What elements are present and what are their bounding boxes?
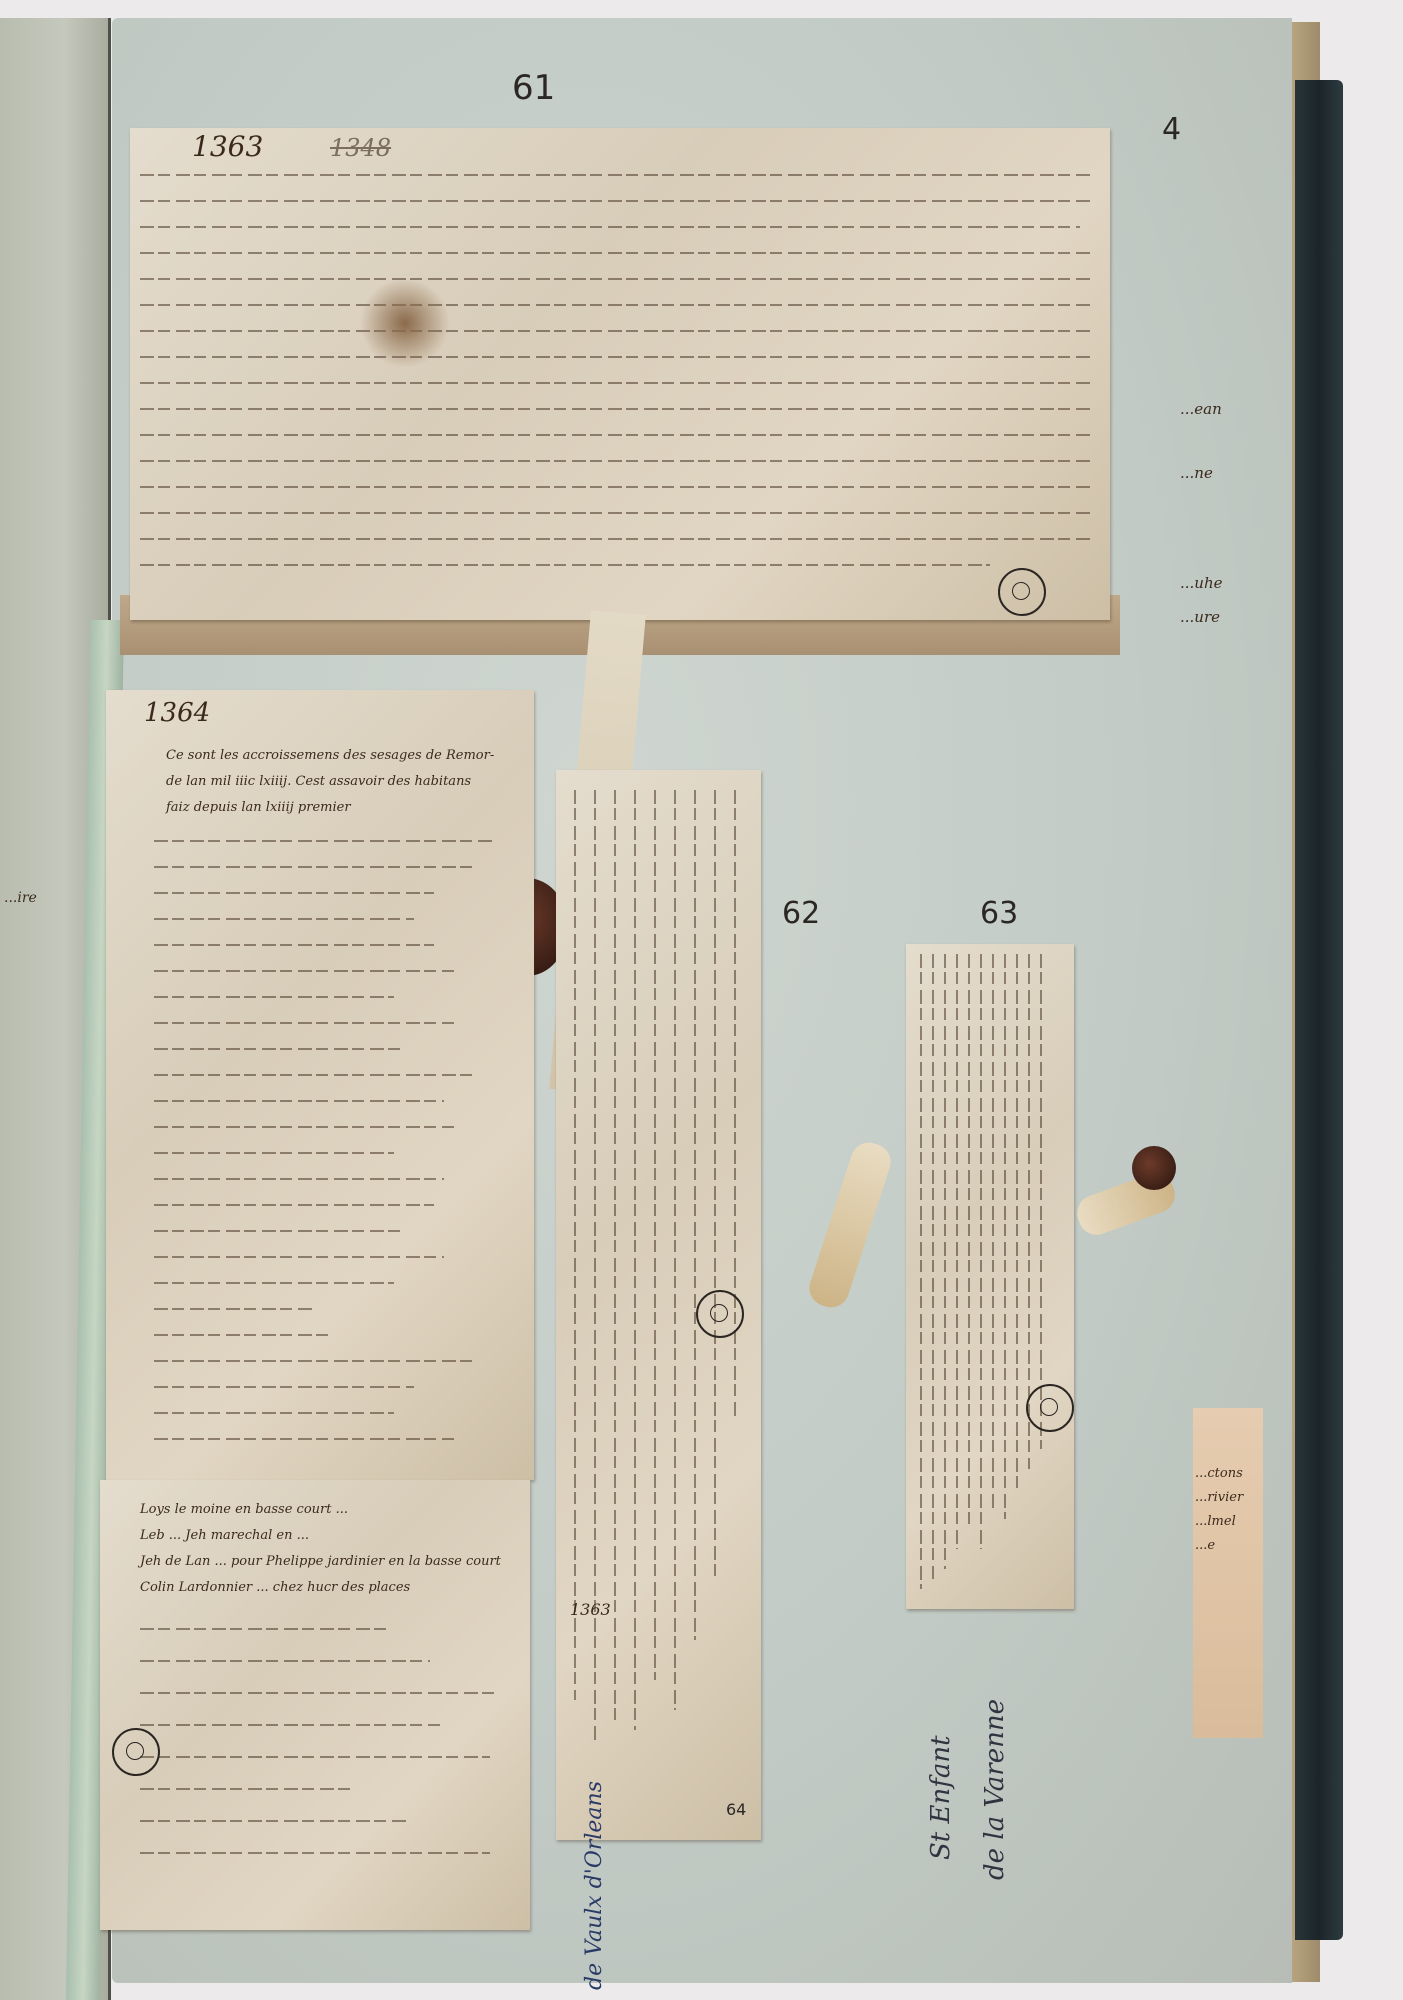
folio-number-64: 64	[726, 1800, 746, 1819]
line-3: Jeh de Lan ... pour Phelippe jardinier e…	[140, 1554, 501, 1569]
margin-text: ...uhe	[1180, 574, 1223, 592]
document-list-continuation: Loys le moine en basse court ... Leb ...…	[100, 1480, 530, 1930]
fragment-line: ...lmel	[1195, 1514, 1236, 1529]
fragment-line: ...rivier	[1195, 1490, 1243, 1505]
margin-text: ...ne	[1180, 464, 1213, 482]
margin-text: ...ean	[1180, 400, 1222, 418]
folio-number-61: 61	[512, 68, 555, 108]
line-1: Loys le moine en basse court ...	[140, 1502, 348, 1517]
margin-text: ...ure	[1180, 608, 1220, 626]
annotation-st-enfant: St Enfant	[926, 1735, 956, 1860]
document-1363: 1363 1348	[130, 128, 1110, 620]
archive-stamp	[112, 1728, 160, 1776]
line-4: Colin Lardonnier ... chez hucr des place…	[140, 1580, 410, 1595]
archive-stamp	[696, 1290, 744, 1338]
year-label: 1363	[192, 130, 263, 163]
left-margin-text: ...ire	[4, 890, 37, 906]
stain	[360, 278, 450, 368]
line-2: Leb ... Jeh marechal en ...	[140, 1528, 309, 1543]
third-line: faiz depuis lan lxiiij premier	[166, 800, 351, 815]
folio-number-63: 63	[980, 896, 1018, 931]
annotation-la-varenne: de la Varenne	[980, 1699, 1010, 1880]
fragment-line: ...e	[1195, 1538, 1215, 1553]
struck-year-label: 1348	[330, 134, 391, 162]
folio-number-62: 62	[782, 896, 820, 931]
document-1364: 1364 Ce sont les accroissemens des sesag…	[106, 690, 534, 1480]
document-right-fragment: ...ctons ...rivier ...lmel ...e	[1193, 1408, 1263, 1738]
folio-number-4: 4	[1162, 112, 1181, 147]
first-line: Ce sont les accroissemens des sesages de…	[166, 748, 494, 763]
book-cover	[1295, 80, 1343, 1940]
annotation-vaulx-orleans: de Vaulx d'Orleans	[582, 1781, 608, 1990]
year-label: 1364	[144, 698, 210, 728]
fragment-line: ...ctons	[1195, 1466, 1243, 1481]
archive-stamp	[998, 568, 1046, 616]
second-line: de lan mil iiic lxiiij. Cest assavoir de…	[166, 774, 471, 789]
year-label: 1363	[570, 1600, 611, 1619]
wax-seal	[1132, 1146, 1176, 1190]
archive-stamp	[1026, 1384, 1074, 1432]
document-63-vertical	[906, 944, 1074, 1609]
document-62-vertical: 1363 64	[556, 770, 761, 1840]
